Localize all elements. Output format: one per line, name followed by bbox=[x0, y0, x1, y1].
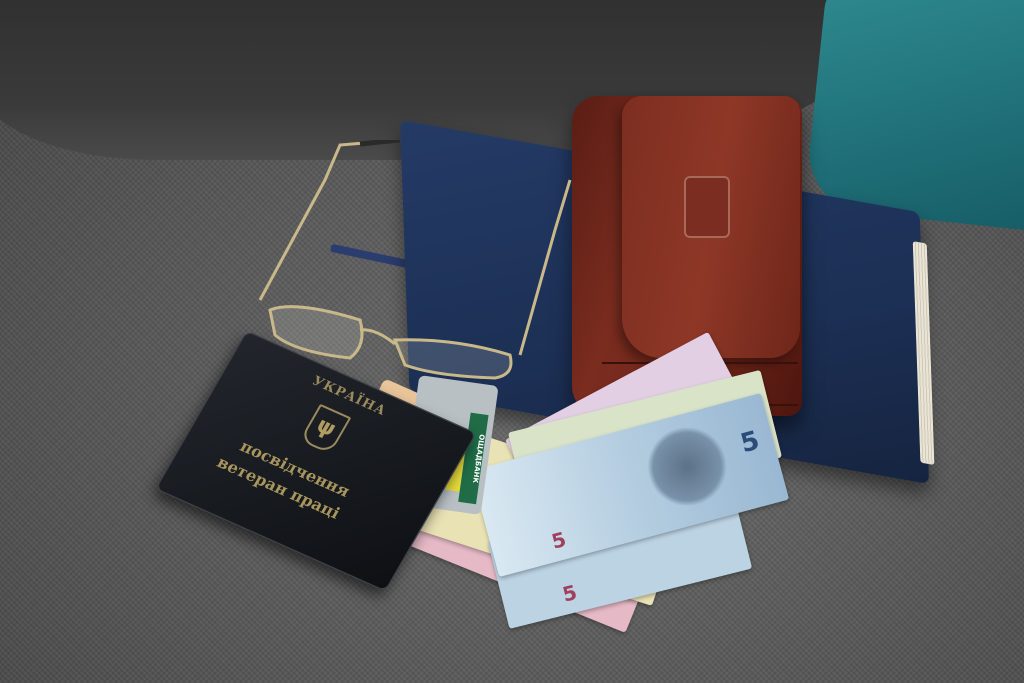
reading-glasses-icon bbox=[255, 140, 575, 380]
banknote-value: 5 bbox=[737, 426, 762, 460]
wallet-logo-icon bbox=[684, 176, 730, 238]
wallet-flap bbox=[622, 96, 800, 358]
trident-icon: ψ bbox=[299, 404, 351, 454]
banknote-value-small: 5 bbox=[549, 527, 569, 554]
photo-scene: 5 5 5 ОЩАДБАНК УКРАЇНА ψ посвідчення вет… bbox=[0, 0, 1024, 683]
portrait-icon bbox=[638, 418, 736, 516]
banknote-value: 5 bbox=[560, 580, 579, 607]
notebook-pages bbox=[913, 241, 935, 465]
